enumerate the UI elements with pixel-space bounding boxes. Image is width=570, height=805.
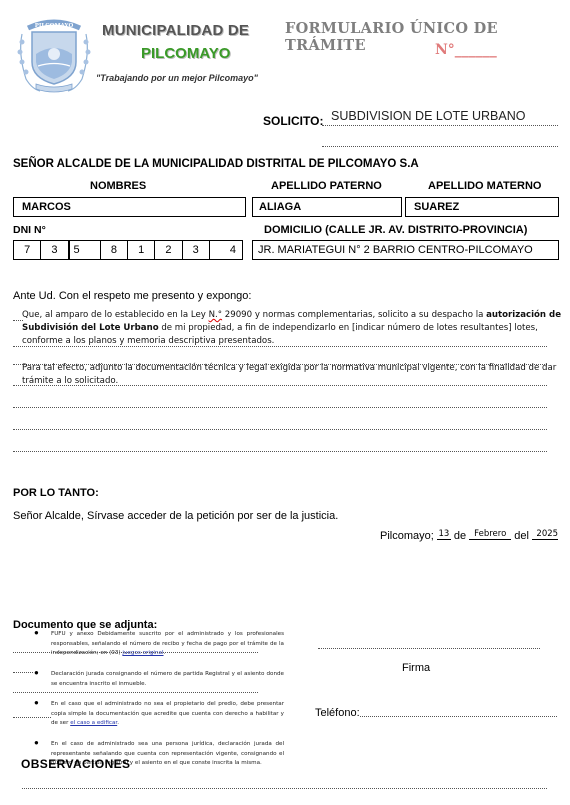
apellido-materno-field[interactable]: SUAREZ (405, 197, 559, 217)
dni-digit[interactable]: 3 (183, 241, 210, 259)
attachment-text: . (117, 720, 119, 726)
dni-digit[interactable]: 5 (70, 241, 101, 259)
dotted-line (13, 451, 547, 452)
dotted-line (13, 692, 258, 693)
apellido-paterno-label: APELLIDO PATERNO (271, 180, 382, 192)
day-field[interactable]: 13 (437, 529, 451, 540)
dotted-line (13, 407, 547, 408)
solicito-value[interactable]: SUBDIVISION DE LOTE URBANO (331, 109, 525, 123)
nombres-label: NOMBRES (90, 180, 146, 192)
dni-field[interactable]: 7 3 5 8 1 2 3 4 (13, 240, 243, 260)
svg-text:PILCOMAYO: PILCOMAYO (35, 23, 74, 29)
attachment-item: En el caso que el administrado no sea el… (51, 700, 284, 729)
slogan: "Trabajando por un mejor Pilcomayo" (96, 73, 258, 83)
solicito-dotted-line-2 (322, 146, 558, 147)
bullet-icon: ● (34, 628, 39, 637)
de-label: de (454, 530, 466, 542)
bullet-icon: ● (34, 668, 39, 677)
dotted-line (13, 429, 547, 430)
municipality-name-line1: MUNICIPALIDAD DE (102, 22, 249, 39)
bullet-icon: ● (34, 698, 39, 707)
addressee-heading: SEÑOR ALCALDE DE LA MUNICIPALIDAD DISTRI… (13, 158, 419, 170)
telefono-field[interactable] (360, 716, 557, 717)
place-label: Pilcomayo; (380, 530, 434, 542)
paragraph-attachments[interactable]: Para tal efecto, adjunto la documentació… (22, 362, 562, 388)
paragraph-text: 29090 y normas complementarias, solicito… (222, 310, 486, 320)
dni-digit[interactable]: 1 (128, 241, 155, 259)
form-title: FORMULARIO ÚNICO DE TRÁMITE (285, 20, 570, 54)
petition-text: Señor Alcalde, Sírvase acceder de la pet… (13, 510, 338, 522)
dni-label: DNI N° (13, 224, 46, 236)
form-number: N°______ (435, 42, 497, 58)
municipality-logo: PILCOMAYO (14, 14, 94, 94)
solicito-dotted-line-1 (322, 125, 558, 126)
attachment-link[interactable]: el caso a edificar (70, 720, 117, 726)
law-number-text: N.° (209, 310, 222, 320)
year-field[interactable]: 2025 (532, 529, 558, 540)
dotted-line (13, 717, 51, 718)
firma-label: Firma (402, 662, 430, 674)
del-label: del (514, 530, 529, 542)
month-field[interactable]: Febrero (469, 529, 511, 540)
por-lo-tanto-heading: POR LO TANTO: (13, 487, 99, 499)
domicilio-label: DOMICILIO (CALLE JR. AV. DISTRITO-PROVIN… (264, 224, 527, 236)
dotted-line (13, 672, 33, 673)
signature-line[interactable] (318, 648, 540, 649)
dni-digit[interactable]: 8 (101, 241, 128, 259)
nombres-field[interactable]: MARCOS (13, 197, 246, 217)
attachment-link[interactable]: juegos original (122, 650, 163, 656)
paragraph-text: Que, al amparo de lo establecido en la L… (22, 310, 209, 320)
observaciones-line[interactable] (22, 788, 547, 789)
solicito-label: SOLICITO: (263, 114, 323, 128)
bullet-icon: ● (34, 738, 39, 747)
attachment-item: FUFU y anexo Debidamente suscrito por el… (51, 630, 284, 659)
domicilio-field[interactable]: JR. MARIATEGUI N° 2 BARRIO CENTRO-PILCOM… (252, 240, 559, 260)
paragraph-request[interactable]: Que, al amparo de lo establecido en la L… (22, 309, 562, 348)
apellido-paterno-field[interactable]: ALIAGA (252, 197, 402, 217)
intro-text: Ante Ud. Con el respeto me presento y ex… (13, 290, 251, 302)
date-line: Pilcomayo; 13 de Febrero del 2025 (380, 530, 558, 543)
apellido-materno-label: APELLIDO MATERNO (428, 180, 541, 192)
dni-digit[interactable]: 3 (41, 241, 69, 259)
attachment-item: Declaración jurada consignando el número… (51, 670, 284, 689)
dni-digit[interactable]: 2 (155, 241, 182, 259)
observaciones-heading: OBSERVACIONES (21, 757, 130, 771)
dotted-line (13, 652, 258, 653)
telefono-label: Teléfono: (315, 707, 360, 719)
attachment-text: . (164, 650, 166, 656)
dni-digit[interactable]: 7 (14, 241, 41, 259)
dni-digit[interactable]: 4 (210, 241, 242, 259)
municipality-name-line2: PILCOMAYO (141, 45, 230, 62)
